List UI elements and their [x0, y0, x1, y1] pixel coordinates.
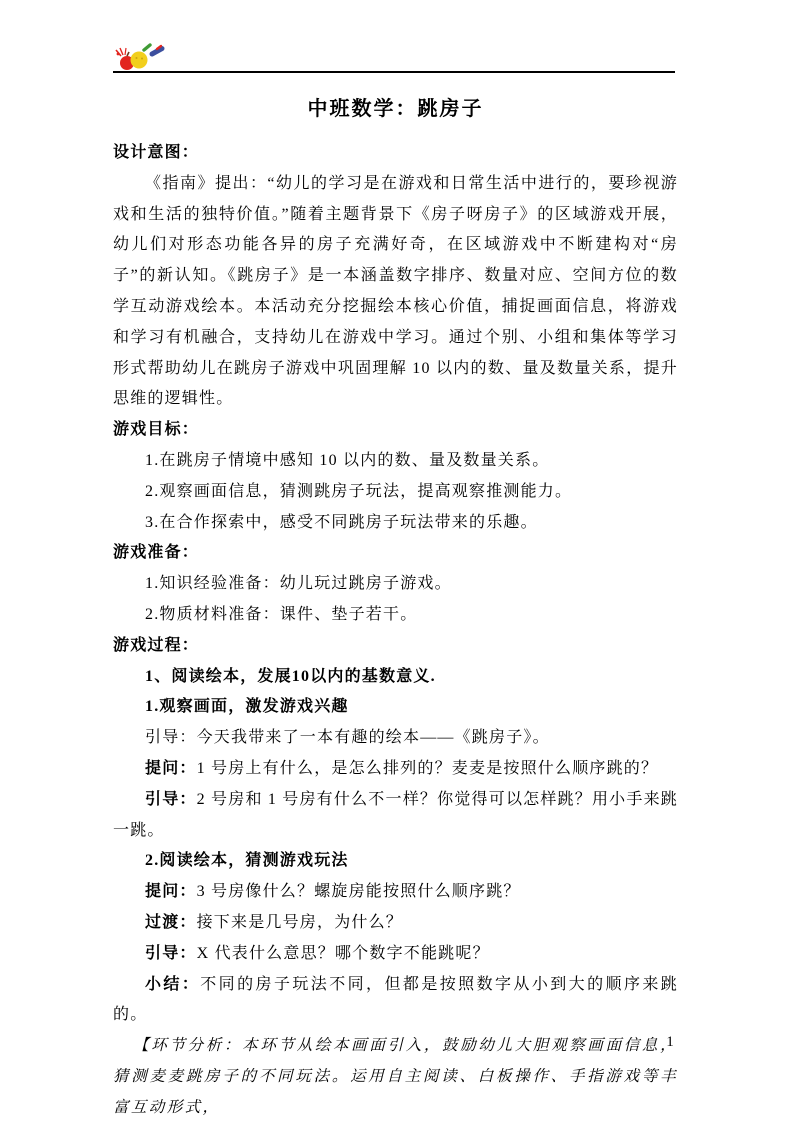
- page-title: 中班数学：跳房子: [113, 92, 678, 126]
- section-heading: 游戏准备：: [113, 538, 678, 569]
- line-label: 小结：: [145, 976, 200, 993]
- line-label: 提问：: [145, 883, 197, 900]
- line-text: 接下来是几号房，为什么？: [197, 914, 403, 931]
- bold-step-line: 2.阅读绘本，猜测游戏玩法: [113, 846, 678, 877]
- line-label: 引导：: [145, 791, 197, 808]
- line-text: 今天我带来了一本有趣的绘本——《跳房子》。: [197, 729, 550, 746]
- labeled-line: 引导：2 号房和 1 号房有什么不一样？你觉得可以怎样跳？用小手来跳一跳。: [113, 785, 678, 847]
- analysis-paragraph: 【环节分析：本环节从绘本画面引入，鼓励幼儿大胆观察画面信息，猜测麦麦跳房子的不同…: [113, 1031, 678, 1123]
- document-page: 中班数学：跳房子 设计意图：《指南》提出：“幼儿的学习是在游戏和日常生活中进行的…: [0, 0, 794, 1123]
- flower-fruit-logo-icon: [113, 42, 167, 72]
- page-number: 1: [655, 1034, 685, 1051]
- line-label: 引导：: [145, 945, 197, 962]
- document-body: 设计意图：《指南》提出：“幼儿的学习是在游戏和日常生活中进行的，要珍视游戏和生活…: [113, 138, 678, 1123]
- paragraph-line: 1.在跳房子情境中感知 10 以内的数、量及数量关系。: [113, 446, 678, 477]
- section-heading: 游戏目标：: [113, 415, 678, 446]
- line-text: 1 号房上有什么，是怎么排列的？麦麦是按照什么顺序跳的？: [197, 760, 659, 777]
- document-content: 中班数学：跳房子 设计意图：《指南》提出：“幼儿的学习是在游戏和日常生活中进行的…: [113, 92, 678, 1123]
- labeled-line: 过渡：接下来是几号房，为什么？: [113, 908, 678, 939]
- paragraph-line: 2.物质材料准备：课件、垫子若干。: [113, 600, 678, 631]
- bold-step-line: 1、阅读绘本，发展10以内的基数意义.: [113, 662, 678, 693]
- labeled-line: 引导：今天我带来了一本有趣的绘本——《跳房子》。: [113, 723, 678, 754]
- labeled-line: 提问：3 号房像什么？螺旋房能按照什么顺序跳？: [113, 877, 678, 908]
- labeled-line: 引导：X 代表什么意思？哪个数字不能跳呢？: [113, 939, 678, 970]
- bold-step-line: 1.观察画面，激发游戏兴趣: [113, 692, 678, 723]
- line-label: 提问：: [145, 760, 197, 777]
- labeled-line: 提问：1 号房上有什么，是怎么排列的？麦麦是按照什么顺序跳的？: [113, 754, 678, 785]
- section-heading: 设计意图：: [113, 138, 678, 169]
- header-divider: [113, 71, 675, 73]
- section-heading: 游戏过程：: [113, 631, 678, 662]
- line-text: 2 号房和 1 号房有什么不一样？你觉得可以怎样跳？用小手来跳一跳。: [113, 791, 678, 839]
- line-text: 3 号房像什么？螺旋房能按照什么顺序跳？: [197, 883, 521, 900]
- paragraph-line: 3.在合作探索中，感受不同跳房子玩法带来的乐趣。: [113, 508, 678, 539]
- labeled-line: 小结：不同的房子玩法不同，但都是按照数字从小到大的顺序来跳的。: [113, 970, 678, 1032]
- line-label: 过渡：: [145, 914, 197, 931]
- line-label: 引导：: [145, 729, 197, 746]
- line-text: X 代表什么意思？哪个数字不能跳呢？: [197, 945, 490, 962]
- paragraph-line: 1.知识经验准备：幼儿玩过跳房子游戏。: [113, 569, 678, 600]
- paragraph-line: 2.观察画面信息，猜测跳房子玩法，提高观察推测能力。: [113, 477, 678, 508]
- paragraph-line: 《指南》提出：“幼儿的学习是在游戏和日常生活中进行的，要珍视游戏和生活的独特价值…: [113, 169, 678, 415]
